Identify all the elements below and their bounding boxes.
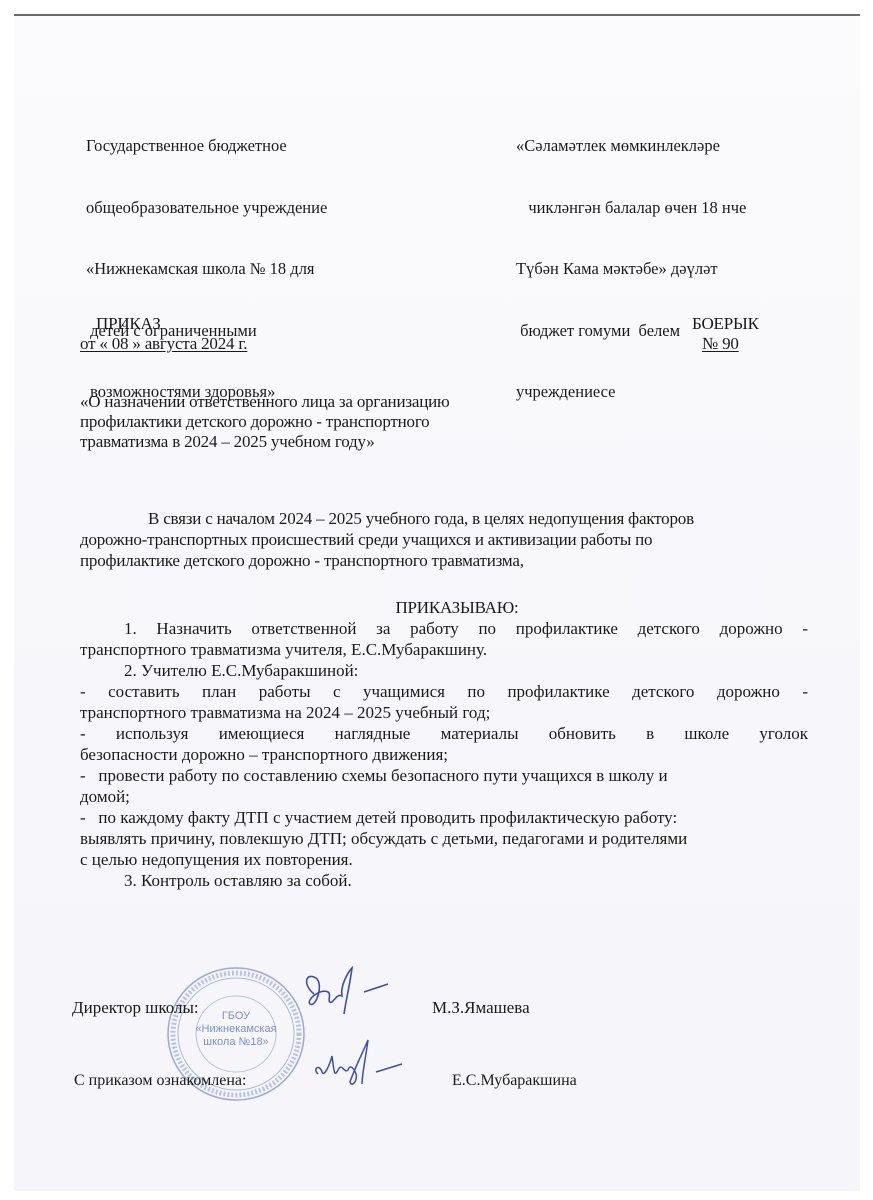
item-2-bullet-1: - составить план работы с учащимися по п… [80,681,808,702]
subject-line: травматизма в 2024 – 2025 учебном году» [80,432,450,452]
header-left-line: общеобразовательное учреждение [86,198,327,219]
signature-icon [304,1034,424,1094]
director-signature [296,964,406,1029]
item-2-bullet-3: - провести работу по составлению схемы б… [80,765,808,786]
order-items: 1. Назначить ответственной за работу по … [80,618,808,891]
order-title-tatar: БОЕРЫК [692,314,759,334]
preamble-line: профилактике детского дорожно - транспор… [80,550,800,571]
item-2-bullet-2: - используя имеющиеся наглядные материал… [80,723,808,744]
item-1-cont: транспортного травматизма учителя, Е.С.М… [80,639,808,660]
subject-line: «О назначении ответственного лица за орг… [80,392,450,412]
acknowledgement-name: Е.С.Мубаракшина [452,1072,577,1090]
preamble-line: дорожно-транспортных происшествий среди … [80,529,800,550]
header-right-tatar: «Сәламәтлек мөмкинлекләре чикләнгән бала… [516,95,746,444]
order-subject: «О назначении ответственного лица за орг… [80,392,450,452]
header-right-line: «Сәламәтлек мөмкинлекләре [516,136,746,157]
order-number: № 90 [702,334,739,354]
header-right-line: чикләнгән балалар өчен 18 нче [516,198,746,219]
item-2-bullet-3-cont: домой; [80,786,808,807]
director-name: М.З.Ямашева [432,998,530,1018]
item-2-bullet-4-cont: выявлять причину, повлекшую ДТП; обсужда… [80,828,808,849]
header-left-line: Государственное бюджетное [86,136,327,157]
header-right-line: учреждениесе [516,382,746,403]
document-page: Государственное бюджетное общеобразовате… [14,14,860,1191]
item-2-bullet-1-cont: транспортного травматизма на 2024 – 2025… [80,702,808,723]
director-label: Директор школы: [72,998,199,1018]
acknowledgement-signature [304,1034,424,1099]
item-2: 2. Учителю Е.С.Мубаракшиной: [80,660,808,681]
item-2-bullet-4-cont2: с целью недопущения их повторения. [80,849,808,870]
signature-icon [296,964,406,1024]
stamp-line: «Нижнекамская [164,1023,308,1036]
order-title: ПРИКАЗ [96,314,161,334]
stamp-line: школа №18» [164,1036,308,1049]
order-date: от « 08 » августа 2024 г. [80,334,247,354]
preamble: В связи с началом 2024 – 2025 учебного г… [80,508,800,571]
item-3: 3. Контроль оставляю за собой. [80,870,808,891]
subject-line: профилактики детского дорожно - транспор… [80,412,450,432]
header-right-line: Түбән Кама мәктәбе» дәүләт [516,259,746,280]
preamble-line: В связи с началом 2024 – 2025 учебного г… [80,508,800,529]
acknowledgement-label: С приказом ознакомлена: [74,1072,246,1090]
header-left-line: «Нижнекамская школа № 18 для [86,259,327,280]
item-2-bullet-4: - по каждому факту ДТП с участием детей … [80,807,808,828]
item-2-bullet-2-cont: безопасности дорожно – транспортного дви… [80,744,808,765]
item-1: 1. Назначить ответственной за работу по … [80,618,808,639]
order-word: ПРИКАЗЫВАЮ: [14,598,860,618]
